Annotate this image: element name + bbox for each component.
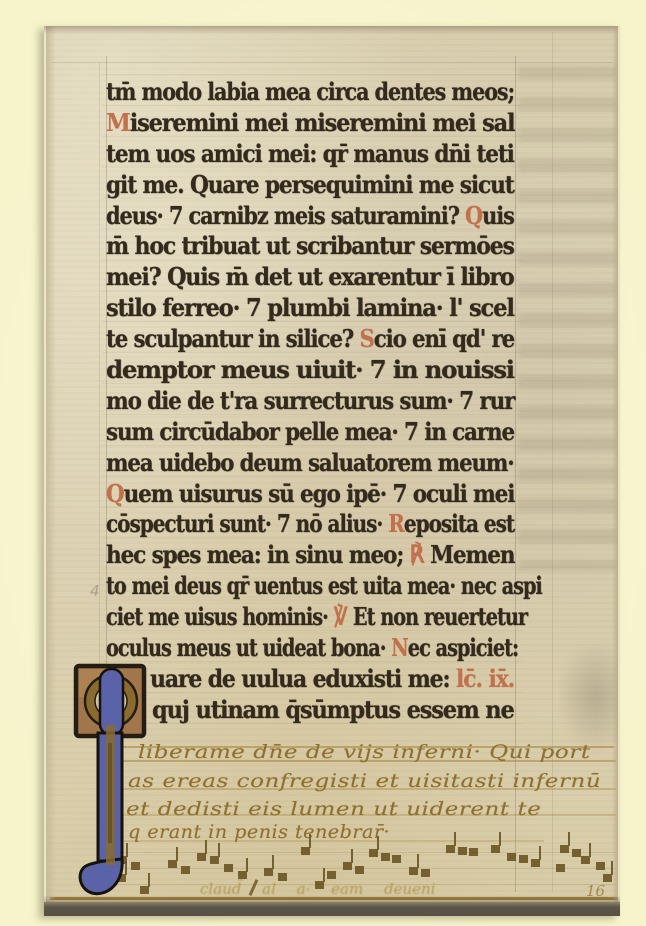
music-neume — [327, 871, 336, 879]
pencil-number: 4 — [90, 582, 100, 600]
music-neume — [560, 845, 569, 853]
ink-segment: quj utinam q̄sūmptus essem ne — [152, 695, 514, 724]
rubric-segment: Q — [106, 479, 124, 508]
rubric-segment: lc̄. ix̄. — [456, 664, 514, 693]
manuscript-leaf: tm̄ modo labia mea circa dentes meos;Mis… — [44, 26, 620, 916]
ink-segment: hec spes mea: in sinu meo; — [106, 541, 410, 570]
text-line: to mei deus qr̄ uentus est uita mea· nec… — [106, 572, 514, 603]
gloss-line: as ereas confregisti et uisitasti infern… — [128, 771, 601, 793]
text-line: cōspecturi sunt· 7 nō alius· Reposita es… — [106, 510, 514, 541]
text-line-content: m̄ hoc tribuat ut scribantur sermōes — [106, 232, 514, 261]
music-neume — [572, 849, 581, 857]
text-line: tem uos amici mei: qr̄ manus dn̄i teti — [106, 140, 514, 171]
music-neume — [168, 860, 177, 868]
ink-segment: to mei deus qr̄ uentus est uita mea· nec… — [106, 572, 542, 601]
text-line-content: tem uos amici mei: qr̄ manus dn̄i teti — [106, 139, 514, 168]
rubric-segment: N — [391, 633, 408, 662]
text-line: demptor meus uiuit· 7 in nouissi — [106, 356, 514, 387]
rubric-segment: Q — [465, 201, 482, 230]
music-neume — [197, 853, 206, 861]
music-neume — [264, 868, 273, 876]
text-line-content: deus· 7 carnibz meis saturamini? Quis — [106, 201, 514, 230]
music-neume — [343, 862, 352, 870]
text-line: mo die de t'ra surrecturus sum· 7 rur — [106, 387, 514, 418]
text-line-content: hec spes mea: in sinu meo; ℟ Memen — [106, 541, 514, 570]
ink-segment: tem uos amici mei: qr̄ manus dn̄i teti — [106, 139, 514, 168]
ink-segment: uare de uulua eduxisti me: — [150, 664, 456, 693]
music-neume — [507, 853, 516, 861]
text-line: git me. Quare persequimini me sicut — [106, 171, 514, 202]
ink-segment: uem uisurus sū ego ipē· 7 oculi mei — [124, 479, 515, 508]
ink-segment: deus· 7 carnibz meis saturamini? — [106, 201, 465, 230]
gloss-line: q erant in penis tenebrar̄· — [128, 822, 390, 844]
ink-segment: Memen — [424, 541, 515, 570]
music-neume — [469, 848, 478, 856]
ink-segment: uis — [482, 201, 514, 230]
music-neume — [238, 871, 247, 879]
ink-segment: iseremini mei miseremini mei sal — [130, 108, 515, 137]
ruling-line — [52, 62, 612, 63]
ruling-line — [99, 62, 100, 698]
text-line-content: mei? Quis m̄ det ut exarentur ī libro — [106, 263, 514, 292]
text-line: sum circūdabor pelle mea· 7 in carne — [106, 418, 514, 449]
text-line: mei? Quis m̄ det ut exarentur ī libro — [106, 263, 514, 294]
ink-segment: demptor meus uiuit· 7 in nouissi — [106, 355, 514, 384]
music-neume — [409, 867, 418, 875]
text-line-content: uare de uulua eduxisti me: lc̄. ix̄. — [150, 664, 514, 693]
ink-segment: te sculpantur in silice? — [106, 324, 360, 353]
text-line-content: mea uidebo deum saluatorem meum· — [106, 448, 514, 477]
ink-segment: oculus meus ut uideat bona· — [106, 633, 391, 662]
ink-segment: mei? Quis m̄ det ut exarentur ī libro — [106, 263, 514, 292]
text-line: ciet me uisus hominis· ℣ Et non reuertet… — [106, 603, 514, 634]
ink-segment: git me. Quare persequimini me sicut — [106, 170, 514, 199]
text-line: oculus meus ut uideat bona· Nec aspiciet… — [106, 634, 514, 665]
photo-mat: tm̄ modo labia mea circa dentes meos;Mis… — [0, 0, 646, 926]
ink-segment: Et non reuertetur — [353, 602, 527, 631]
ink-segment: m̄ hoc tribuat ut scribantur sermōes — [106, 232, 514, 261]
rubric-segment: M — [106, 108, 130, 137]
text-line: stilo ferreo· 7 plumbi lamina· l' scel — [106, 294, 514, 325]
text-line-content: quj utinam q̄sūmptus essem ne — [152, 695, 514, 724]
leaf-edge-bottom — [44, 902, 620, 916]
gloss-line: liberame dn̄e de vijs inferni· Qui port — [138, 742, 591, 764]
music-neume — [446, 845, 455, 853]
text-line: mea uidebo deum saluatorem meum· — [106, 449, 514, 480]
music-neume — [491, 845, 500, 853]
text-line: hec spes mea: in sinu meo; ℟ Memen — [106, 541, 514, 572]
text-line-content: sum circūdabor pelle mea· 7 in carne — [106, 417, 514, 446]
text-line-content: Quem uisurus sū ego ipē· 7 oculi mei — [106, 479, 514, 508]
text-line-content: git me. Quare persequimini me sicut — [106, 170, 514, 199]
music-neume — [421, 869, 430, 877]
leaf-edge-top — [44, 26, 620, 34]
ruling-line — [515, 56, 516, 892]
ink-segment: eposita est — [404, 510, 514, 539]
music-neume — [181, 866, 190, 874]
ink-segment: tm̄ modo labia mea circa dentes meos; — [106, 77, 514, 106]
ink-segment: sum circūdabor pelle mea· 7 in carne — [106, 417, 514, 446]
text-line-content: cōspecturi sunt· 7 nō alius· Reposita es… — [106, 510, 514, 539]
rubric-segment: ℟ — [410, 541, 424, 570]
text-line-content: ciet me uisus hominis· ℣ Et non reuertet… — [106, 602, 527, 631]
gloss-line: et dedisti eis lumen ut uiderent te — [126, 799, 541, 821]
leaf-edge-right — [610, 26, 620, 916]
music-neume — [458, 847, 467, 855]
ink-segment: mea uidebo deum saluatorem meum· — [106, 448, 514, 477]
text-line-content: te sculpantur in silice? Scio enī qd' re — [106, 324, 514, 353]
text-line-content: to mei deus qr̄ uentus est uita mea· nec… — [106, 572, 542, 601]
music-neume — [301, 847, 310, 855]
music-neume — [381, 853, 390, 861]
music-neume — [369, 849, 378, 857]
leaf-edge-left — [44, 26, 56, 916]
rubric-segment: S — [360, 324, 374, 353]
text-line-content: Miseremini mei miseremini mei sal — [106, 108, 514, 137]
ink-segment: cio enī qd' re — [374, 324, 514, 353]
illuminated-initial-q — [73, 663, 149, 907]
ink-segment: stilo ferreo· 7 plumbi lamina· l' scel — [106, 294, 514, 323]
music-neume — [581, 856, 590, 864]
music-neume — [531, 859, 540, 867]
rubric-segment: R — [388, 510, 404, 539]
ink-segment: ciet me uisus hominis· — [106, 602, 334, 631]
text-line-content: stilo ferreo· 7 plumbi lamina· l' scel — [106, 294, 514, 323]
text-line: uare de uulua eduxisti me: lc̄. ix̄. — [106, 665, 514, 696]
text-line: m̄ hoc tribuat ut scribantur sermōes — [106, 232, 514, 263]
text-line-content: oculus meus ut uideat bona· Nec aspiciet… — [106, 633, 518, 662]
music-neume — [224, 864, 233, 872]
text-line: quj utinam q̄sūmptus essem ne — [106, 696, 514, 727]
text-line-content: tm̄ modo labia mea circa dentes meos; — [106, 77, 514, 106]
main-text-block: tm̄ modo labia mea circa dentes meos;Mis… — [106, 78, 514, 727]
music-neume — [556, 864, 565, 872]
ink-segment: mo die de t'ra surrecturus sum· 7 rur — [106, 386, 514, 415]
text-line: deus· 7 carnibz meis saturamini? Quis — [106, 202, 514, 233]
music-neume — [596, 862, 605, 870]
ink-segment: cōspecturi sunt· 7 nō alius· — [106, 510, 388, 539]
text-line-content: mo die de t'ra surrecturus sum· 7 rur — [106, 386, 514, 415]
ink-segment: ec aspiciet: — [408, 633, 518, 662]
show-through-text — [518, 66, 618, 571]
text-line: tm̄ modo labia mea circa dentes meos; — [106, 78, 514, 109]
text-line: te sculpantur in silice? Scio enī qd' re — [106, 325, 514, 356]
music-neume — [210, 856, 219, 864]
music-neume — [355, 866, 364, 874]
text-line-content: demptor meus uiuit· 7 in nouissi — [106, 355, 514, 384]
music-neume — [392, 855, 401, 863]
text-line: Miseremini mei miseremini mei sal — [106, 109, 514, 140]
music-neume — [519, 855, 528, 863]
text-line: Quem uisurus sū ego ipē· 7 oculi mei — [106, 480, 514, 511]
rubric-segment: ℣ — [334, 602, 353, 631]
